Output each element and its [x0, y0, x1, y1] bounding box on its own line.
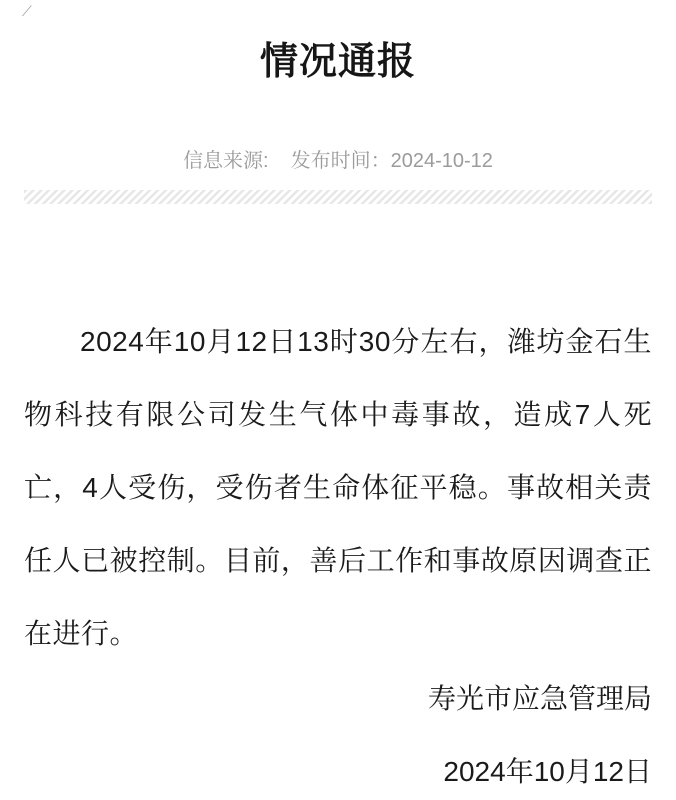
signature-block: 寿光市应急管理局 2024年10月12日 [428, 662, 652, 800]
meta-row: 信息来源:发布时间：2024-10-12 [0, 148, 676, 174]
page-title: 情况通报 [0, 40, 676, 84]
publish-time-label: 发布时间： [291, 150, 391, 172]
signature-date: 2024年10月12日 [428, 735, 652, 800]
publish-date-value: 2024-10-12 [391, 150, 493, 172]
issuing-authority: 寿光市应急管理局 [428, 662, 652, 735]
hatched-divider [24, 190, 652, 204]
notice-body-paragraph: 2024年10月12日13时30分左右，潍坊金石生物科技有限公司发生气体中毒事故… [24, 305, 652, 670]
corner-slash-mark: ⟋ [22, 4, 38, 18]
info-source-label: 信息来源: [183, 150, 269, 172]
notice-document: ⟋ 情况通报 信息来源:发布时间：2024-10-12 2024年10月12日1… [0, 0, 676, 800]
